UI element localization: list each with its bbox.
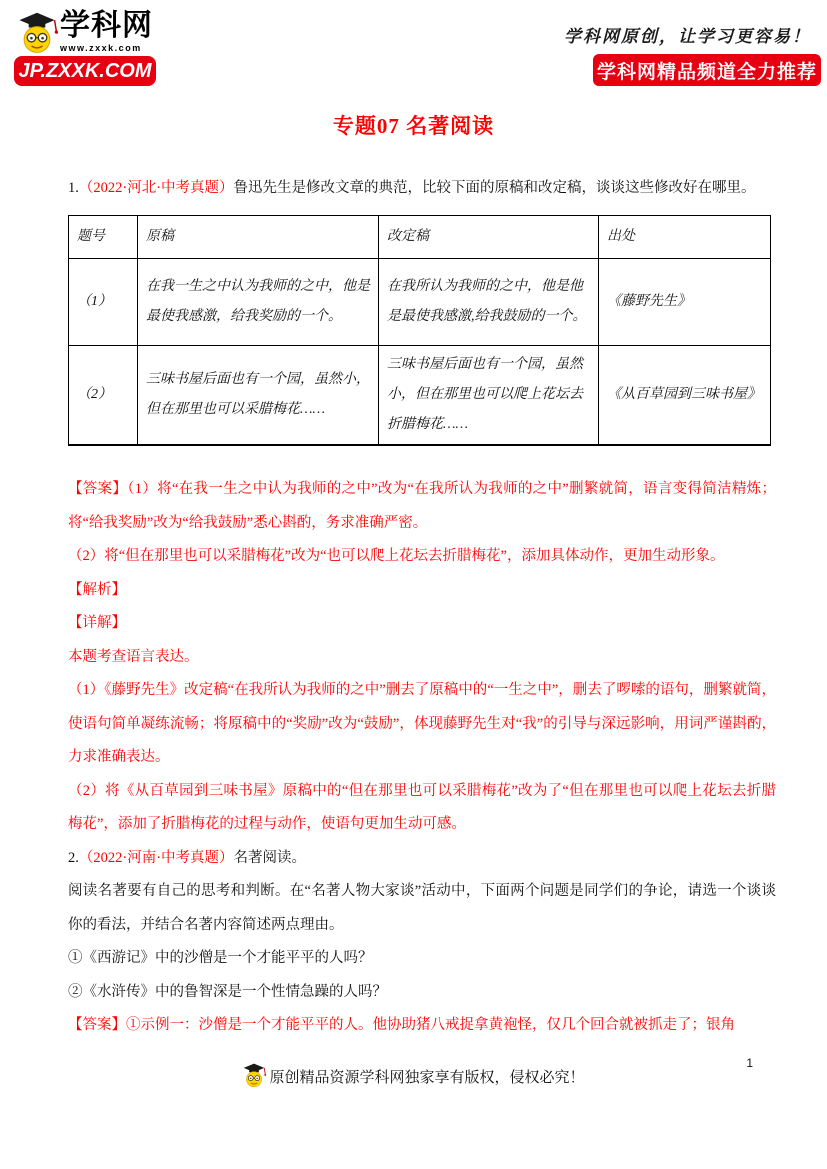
site-logo: 学科网 www.zxxk.com <box>16 10 153 58</box>
promo-badge: 学科网精品频道全力推荐 <box>593 54 821 86</box>
cell-number: （2） <box>69 346 138 446</box>
question2-stem: 2.（2022·河南·中考真题）名著阅读。 <box>68 842 776 876</box>
cell-original: 三味书屋后面也有一个园，虽然小，但在那里也可以采腊梅花…… <box>138 346 379 446</box>
question2-number: 2. <box>68 850 79 866</box>
analysis-label: 【解析】 <box>68 574 776 608</box>
cell-source: 《从百草园到三味书屋》 <box>599 346 771 446</box>
table-header-row: 题号 原稿 改定稿 出处 <box>69 216 771 259</box>
page-title: 专题07 名著阅读 <box>0 110 827 140</box>
explanation-paragraph: 本题考查语言表达。 <box>68 641 776 675</box>
col-header-source: 出处 <box>599 216 771 259</box>
site-name: 学科网 <box>60 10 153 42</box>
answer-paragraph: 【答案】（1）将“在我一生之中认为我师的之中”改为“在我所认为我师的之中”删繁就… <box>68 473 776 540</box>
question2-option-2: ②《水浒传》中的鲁智深是一个性情急躁的人吗？ <box>68 976 776 1010</box>
cell-revised: 在我所认为我师的之中，他是他是最使我感激,给我鼓励的一个。 <box>379 259 599 346</box>
revision-comparison-table: 题号 原稿 改定稿 出处 （1） 在我一生之中认为我师的之中，他是最使我感激，给… <box>68 215 771 446</box>
answer-paragraph: 【答案】①示例一：沙僧是一个才能平平的人。他协助猪八戒捉拿黄袍怪，仅几个回合就被… <box>68 1009 776 1043</box>
answer-paragraph: （2）将“但在那里也可以采腊梅花”改为“也可以爬上花坛去折腊梅花”，添加具体动作… <box>68 540 776 574</box>
question1-number: 1. <box>68 180 79 196</box>
cell-original: 在我一生之中认为我师的之中，他是最使我感激，给我奖励的一个。 <box>138 259 379 346</box>
site-url: www.zxxk.com <box>60 43 153 53</box>
col-header-revised: 改定稿 <box>379 216 599 259</box>
table-row: （1） 在我一生之中认为我师的之中，他是最使我感激，给我奖励的一个。 在我所认为… <box>69 259 771 346</box>
mascot-icon <box>16 10 58 58</box>
detail-label: 【详解】 <box>68 607 776 641</box>
table-row: （2） 三味书屋后面也有一个园，虽然小，但在那里也可以采腊梅花…… 三味书屋后面… <box>69 346 771 446</box>
explanation-paragraph: （1）《藤野先生》改定稿“在我所认为我师的之中”删去了原稿中的“一生之中”，删去… <box>68 674 776 775</box>
question2-text: 名著阅读。 <box>234 850 307 866</box>
question2-option-1: ①《西游记》中的沙僧是一个才能平平的人吗？ <box>68 942 776 976</box>
question1-source: （2022·河北·中考真题） <box>79 180 234 196</box>
page-number: 1 <box>746 1056 753 1070</box>
footer: 原创精品资源学科网独家享有版权，侵权必究！ <box>0 1062 827 1090</box>
document-page: 学科网 www.zxxk.com JP.ZXXK.COM 学科网原创，让学习更容… <box>0 0 827 1169</box>
col-header-original: 原稿 <box>138 216 379 259</box>
question1-text: 鲁迅先生是修改文章的典范，比较下面的原稿和改定稿，谈谈这些修改好在哪里。 <box>234 180 756 196</box>
cell-number: （1） <box>69 259 138 346</box>
question1-stem: 1.（2022·河北·中考真题）鲁迅先生是修改文章的典范，比较下面的原稿和改定稿… <box>68 172 776 206</box>
question2-source: （2022·河南·中考真题） <box>79 850 234 866</box>
jp-zxxk-badge: JP.ZXXK.COM <box>14 56 156 86</box>
header-slogan: 学科网原创，让学习更容易！ <box>564 22 811 47</box>
cell-revised: 三味书屋后面也有一个园，虽然小，但在那里也可以爬上花坛去折腊梅花…… <box>379 346 599 446</box>
body-text-flow: 【答案】（1）将“在我一生之中认为我师的之中”改为“在我所认为我师的之中”删繁就… <box>68 473 776 1043</box>
cell-source: 《藤野先生》 <box>599 259 771 346</box>
col-header-number: 题号 <box>69 216 138 259</box>
copyright-text: 原创精品资源学科网独家享有版权，侵权必究！ <box>269 1066 584 1087</box>
explanation-paragraph: （2）将《从百草园到三味书屋》原稿中的“但在那里也可以采腊梅花”改为了“但在那里… <box>68 775 776 842</box>
question2-intro: 阅读名著要有自己的思考和判断。在“名著人物大家谈”活动中，下面两个问题是同学们的… <box>68 875 776 942</box>
footer-mascot-icon <box>242 1062 266 1090</box>
